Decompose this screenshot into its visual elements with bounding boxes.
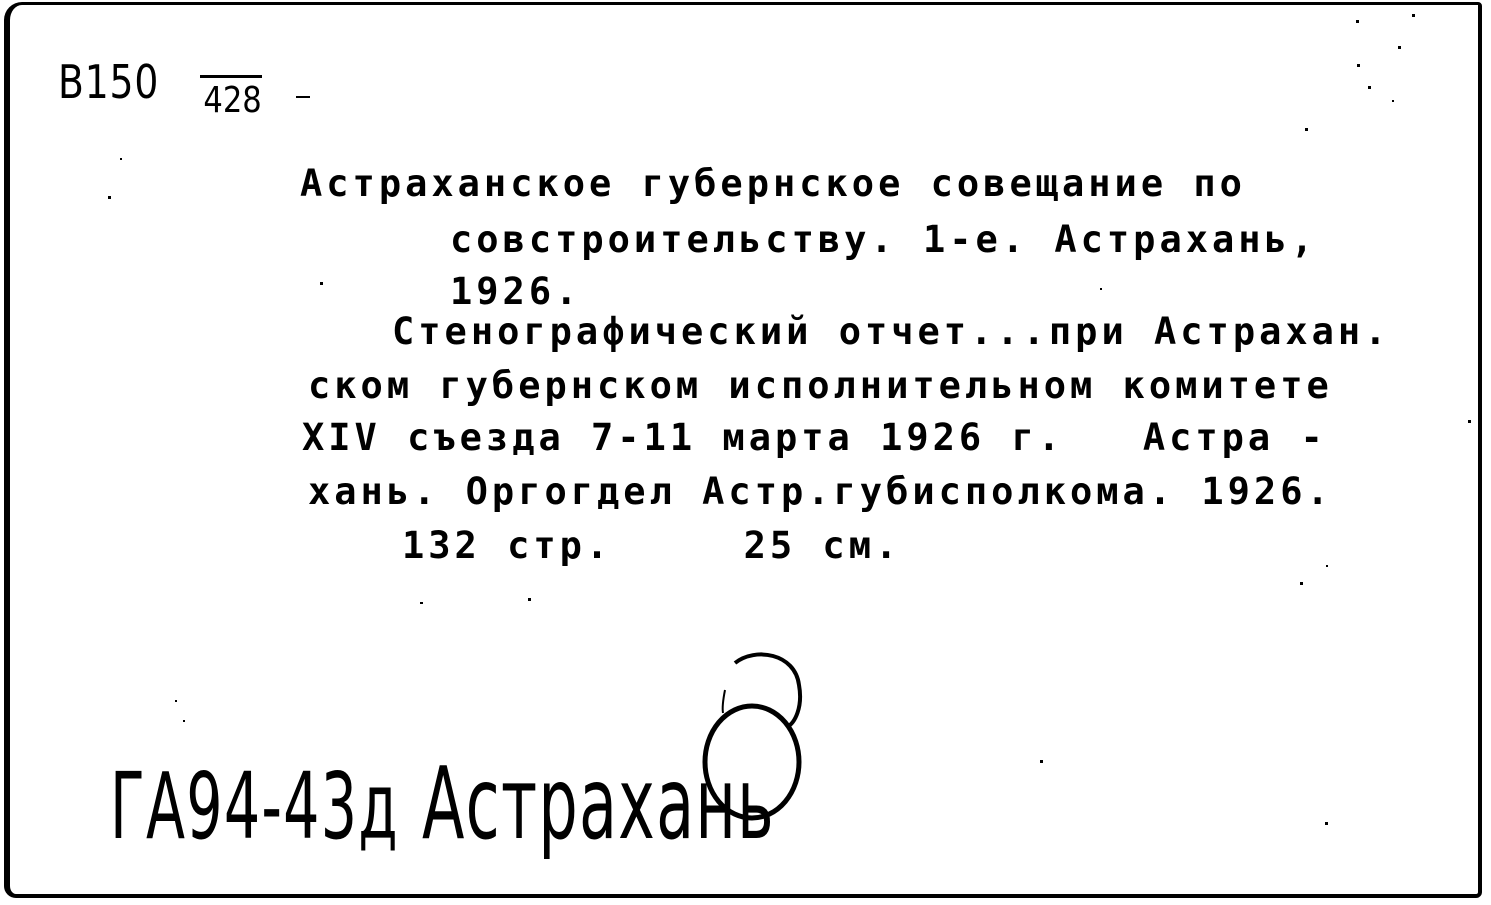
shelfmark-fraction: 428 <box>190 75 300 121</box>
typed-line-title-cont: ском губернском исполнительном комитете <box>308 367 1333 404</box>
typed-line-heading-cont: совстроительству. 1-е. Астрахань, <box>450 221 1317 258</box>
shelfmark-main: B150 <box>58 55 159 109</box>
handwritten-code: ГА94-43д <box>110 753 399 860</box>
typed-line-title: Стенографический отчет...при Астрахан. <box>392 313 1390 350</box>
typed-line-dates-place: XIV съезда 7-11 марта 1926 г. Астра - <box>302 419 1327 456</box>
handwritten-location-note: ГА94-43д Астрахань <box>110 745 775 862</box>
handwritten-shelfmark: B150 428 <box>58 55 181 109</box>
typed-line-heading: Астраханское губернское совещание по <box>300 165 1246 202</box>
shelfmark-denominator: 428 <box>198 80 292 121</box>
typed-line-year: 1926. <box>450 273 581 310</box>
typed-line-publisher: хань. Оргогдел Астр.губисполкома. 1926. <box>308 473 1333 510</box>
fraction-bar <box>200 75 262 78</box>
typed-line-collation: 132 стр. 25 см. <box>402 527 901 564</box>
handwritten-eight-mark-icon <box>695 645 810 825</box>
